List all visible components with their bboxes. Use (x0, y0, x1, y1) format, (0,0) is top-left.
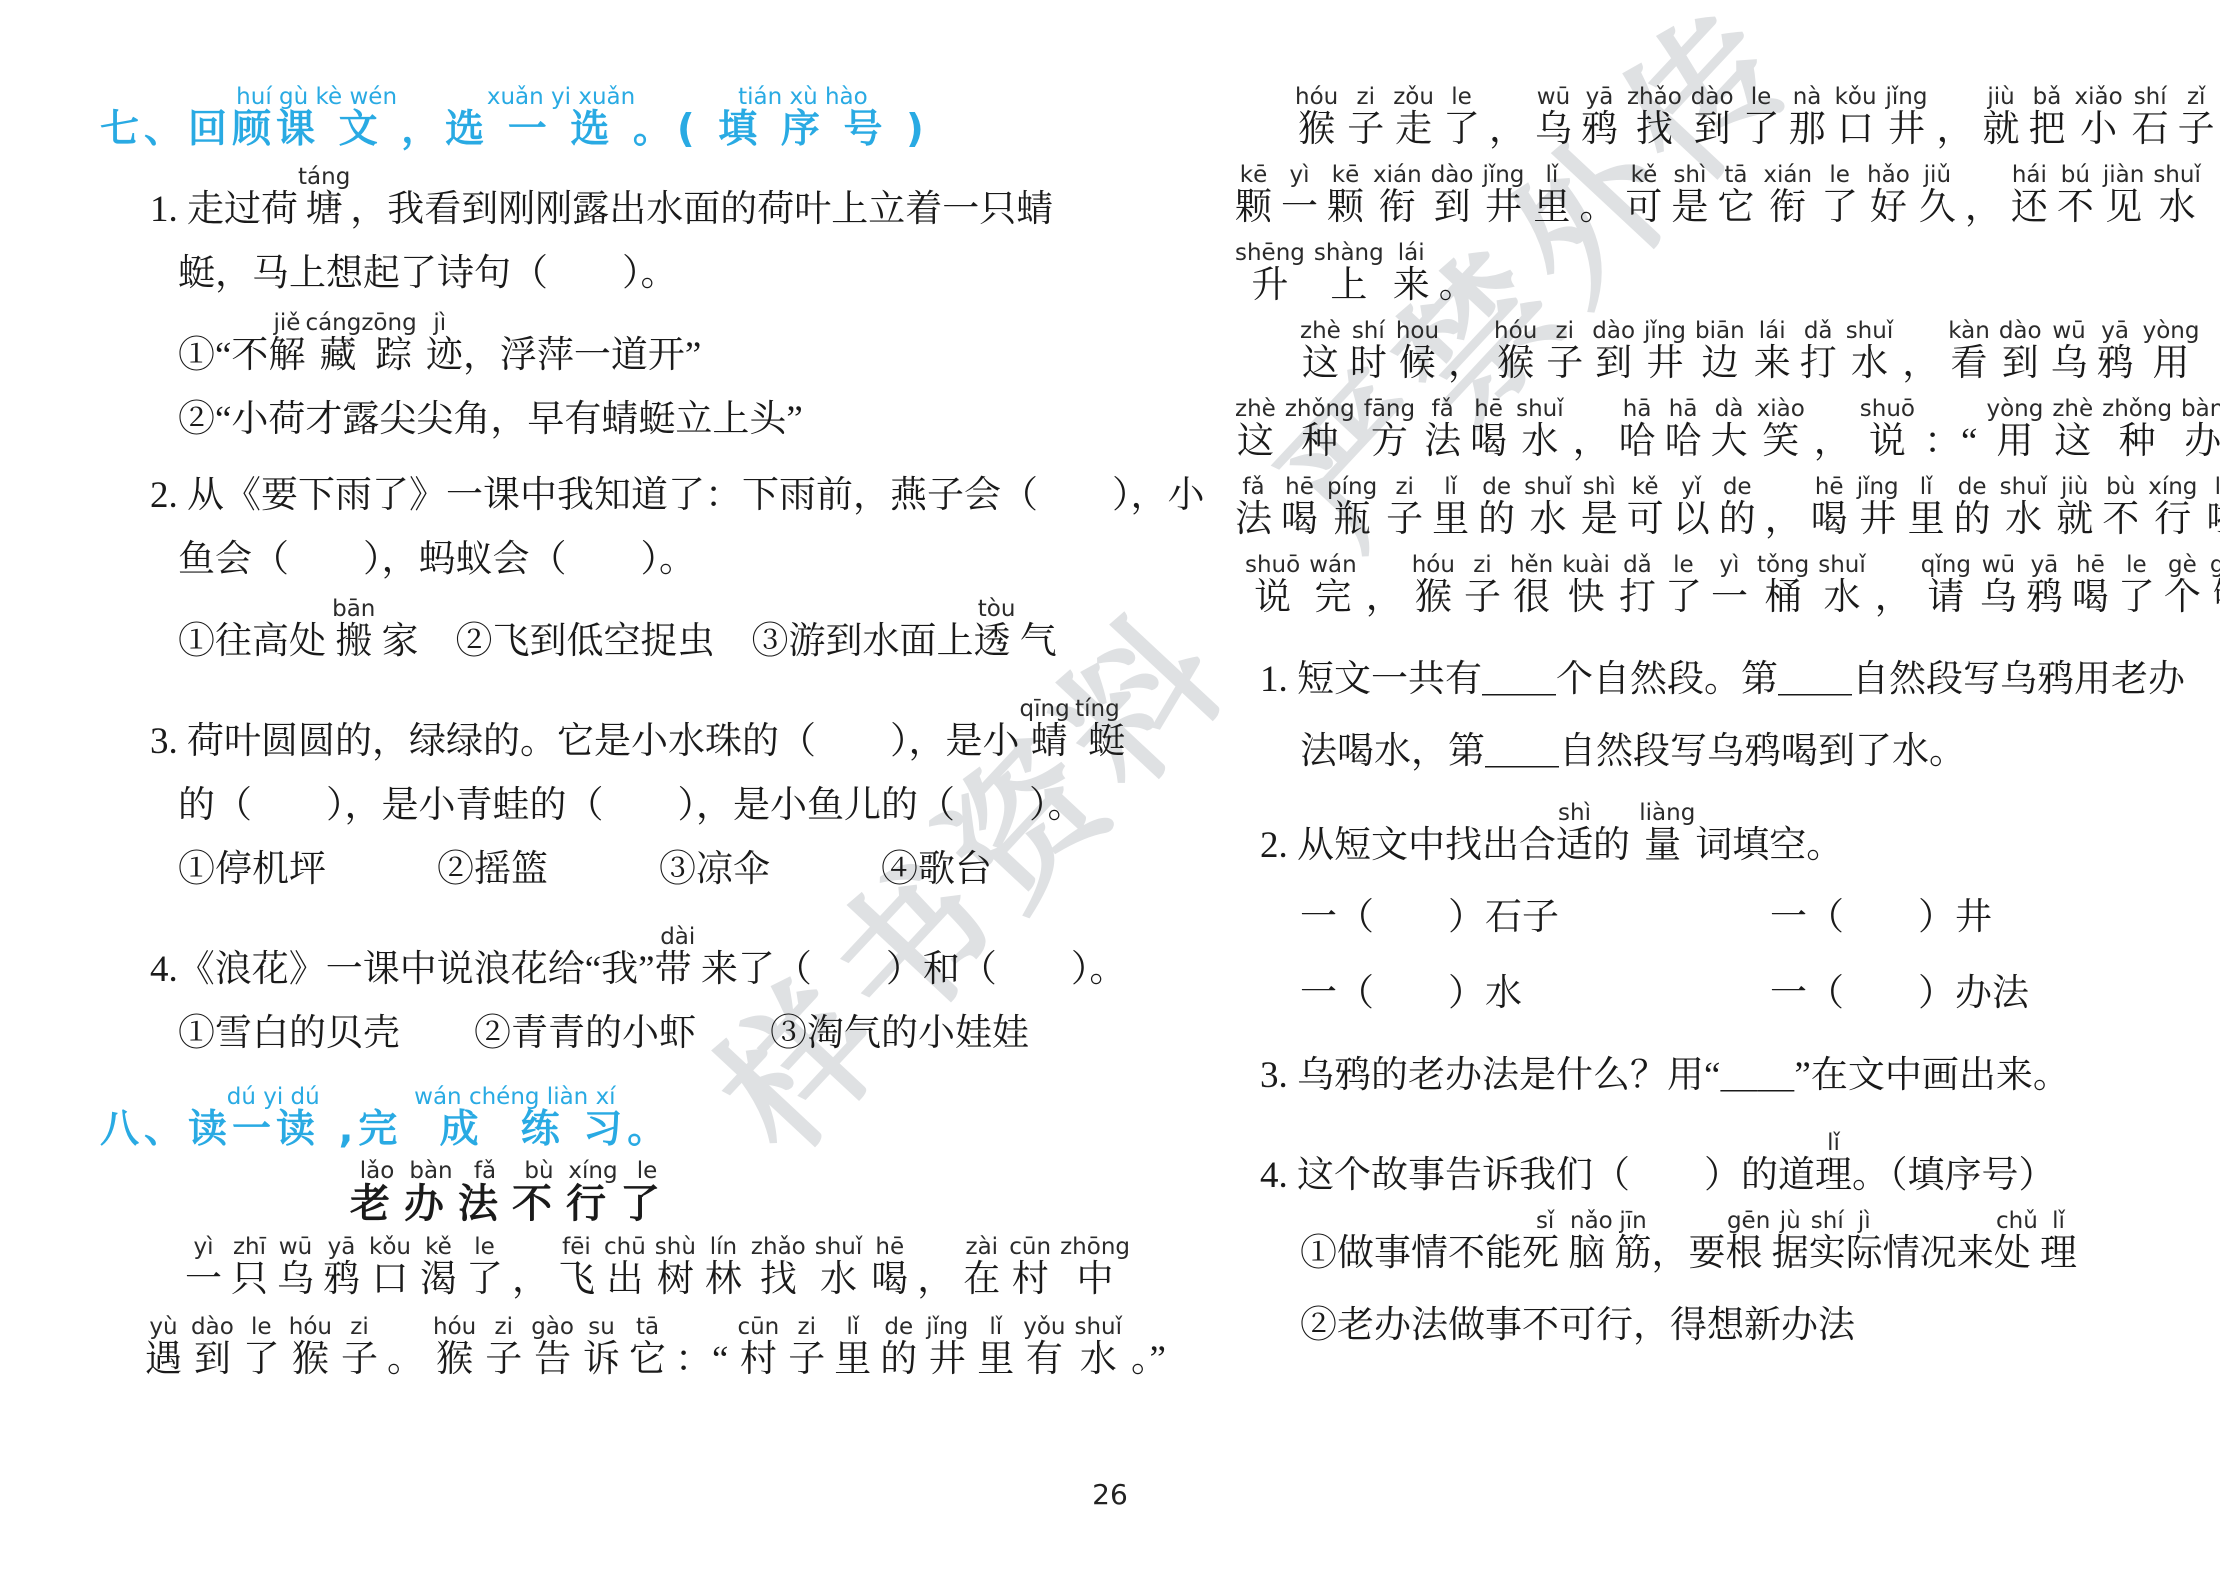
ruby-segment: hē喝 (871, 1235, 908, 1301)
hanzi-text: 快 (1568, 577, 1605, 619)
pinyin-annotation: shì (1583, 475, 1616, 499)
pinyin-annotation: yā (2101, 319, 2129, 343)
item3-line1: 3. 荷叶圆圆的，绿绿的。它是小水珠的（ ），是小qīng 蜻tíng 蜓 (100, 697, 1060, 763)
hanzi-text: 的 (1593, 825, 1639, 867)
text-segment: ，浮萍一道开” (463, 311, 701, 377)
ruby-segment: le了 (1443, 85, 1480, 151)
pinyin-annotation: de (884, 1315, 913, 1339)
ruby-segment: zi子 (1464, 553, 1501, 619)
hanzi-text: 一（ ）石子 (1300, 897, 1559, 939)
pinyin-annotation: hóu (433, 1315, 476, 1339)
pinyin-annotation (220, 311, 227, 335)
ruby-segment: shuō说 (1245, 553, 1300, 619)
pinyin-annotation: yā (328, 1235, 356, 1259)
hanzi-text: 回顾课 文 ， (188, 109, 445, 151)
ruby-segment: gòu够 (2210, 553, 2220, 619)
ruby-segment: cáng 藏 (305, 311, 361, 377)
hanzi-text: 找 (760, 1259, 797, 1301)
pinyin-annotation: dú yi dú (227, 1085, 320, 1109)
ruby-segment: hou候 (1396, 319, 1439, 385)
ruby-segment: dào到 (191, 1315, 234, 1381)
ruby-segment: yǐ以 (1673, 475, 1710, 541)
pinyin-annotation: yì (193, 1235, 213, 1259)
hanzi-text: 际 (1846, 1233, 1883, 1275)
pinyin-annotation: shuǐ (815, 1235, 863, 1259)
hanzi-text: 到 (1595, 343, 1632, 385)
ruby-segment: dài带 (655, 925, 701, 991)
hanzi-text: 水 (1823, 577, 1860, 619)
ruby-segment: le了 (1821, 163, 1858, 229)
hanzi-text: 一（ ）井 (1770, 897, 1992, 939)
pinyin-annotation (1780, 475, 1787, 499)
hanzi-text: 法 (458, 1183, 512, 1225)
hanzi-text: 到 (2002, 343, 2039, 385)
ruby-segment: dào到 (1592, 319, 1635, 385)
ruby-segment: zi子 (788, 1315, 825, 1381)
question4-option2: ②老办法做事不可行，得想新办法 (1220, 1305, 2160, 1347)
hanzi-text: 说 (1869, 421, 1906, 463)
pinyin-annotation: zài (966, 1235, 999, 1259)
ruby-segment: shì是 (1581, 475, 1618, 541)
ruby-segment: zhǒng种 (1285, 397, 1355, 463)
hanzi-text: 一（ ）水 (1300, 973, 1522, 1015)
pinyin-annotation (1407, 1209, 1414, 1233)
ruby-segment: zōng 踪 (361, 311, 416, 377)
hanzi-text: 子 (341, 1339, 378, 1381)
item4-line1: 4.《浪花》一课中说浪花给“我”dài带 来了（ ）和（ ）。 (100, 925, 1060, 991)
ruby-segment: yǒu有 (1023, 1315, 1065, 1381)
pinyin-annotation: zhè (1235, 397, 1276, 421)
ruby-segment: le了 (1743, 85, 1780, 151)
pinyin-annotation: bù (524, 1159, 553, 1183)
hanzi-text: ， (1573, 421, 1610, 463)
ruby-segment: fǎ法 (458, 1159, 512, 1225)
hanzi-text: ， (512, 1259, 549, 1301)
pinyin-annotation (1587, 397, 1594, 421)
ruby-segment: gè个 (2164, 553, 2201, 619)
hanzi-text: 据 (1772, 1233, 1809, 1275)
hanzi-text: 乌 (1980, 577, 2017, 619)
pinyin-annotation (579, 311, 586, 335)
hanzi-text: ， (1366, 577, 1403, 619)
ruby-segment: sǐ死 (1522, 1209, 1568, 1275)
pinyin-annotation (1404, 801, 1411, 825)
ruby-segment: hóu猴 (1412, 553, 1455, 619)
hanzi-text: 带 (655, 949, 701, 991)
pinyin-annotation (399, 925, 406, 949)
ruby-segment: hái还 (2011, 163, 2048, 229)
hanzi-text: 来 (1393, 265, 1430, 307)
hanzi-text: 老 (350, 1183, 404, 1225)
ruby-segment: zài在 (963, 1235, 1000, 1301)
ruby-segment: de的 (1719, 475, 1756, 541)
pinyin-annotation: yì (1289, 163, 1309, 187)
hanzi-text: 。” (1131, 1339, 1166, 1381)
pinyin-annotation: jì (433, 311, 446, 335)
hanzi-text: 乌 (277, 1259, 314, 1301)
text-segment: ，我看到刚刚露出水面的荷叶上立着一只蜻 (350, 165, 1053, 231)
pinyin-annotation: yā (1586, 85, 1614, 109)
hanzi-text: 鸦 (1581, 109, 1618, 151)
pinyin-annotation (527, 1235, 534, 1259)
hanzi-text: 喝 (1811, 499, 1848, 541)
ruby-segment: tián xù hào( 填 序 号 ) (677, 85, 929, 151)
hanzi-text: 办 (2184, 421, 2220, 463)
hanzi-text: 实 (1809, 1233, 1846, 1275)
hanzi-text: 子 (2178, 109, 2215, 151)
hanzi-text: 喝 (1281, 499, 1318, 541)
pinyin-annotation (1463, 319, 1470, 343)
pinyin-annotation: kàn (1948, 319, 1990, 343)
hanzi-text: 2. 从《要下雨了》一课中我知道了：下雨前，燕子会（ ），小 (150, 475, 1205, 517)
hanzi-text: 衔 (1379, 187, 1416, 229)
hanzi-text: 七、 (100, 109, 188, 151)
hanzi-text: 透 (974, 621, 1020, 663)
item1-option2: ②“小荷才露尖尖角，早有蜻蜓立上头” (100, 399, 1060, 441)
hanzi-text: 它 (1717, 187, 1754, 229)
hanzi-text: ， (917, 1259, 954, 1301)
hanzi-text: 子 (1464, 577, 1501, 619)
pinyin-annotation: huí gù kè wén (236, 85, 397, 109)
pinyin-annotation (1935, 1209, 1942, 1233)
hanzi-text: ， (1765, 499, 1802, 541)
ruby-segment: bú不 (2057, 163, 2094, 229)
pinyin-annotation (1612, 801, 1619, 825)
page-number: 26 (0, 1478, 2220, 1511)
ruby-segment: kǒu口 (1835, 85, 1877, 151)
pinyin-annotation: yǐ (1681, 475, 1701, 499)
pinyin-annotation: fāng (1364, 397, 1415, 421)
pinyin-annotation: xíng (568, 1159, 617, 1183)
pinyin-annotation: de (1482, 475, 1511, 499)
hanzi-text: 的 (1954, 499, 1991, 541)
pinyin-annotation: le (1673, 553, 1694, 577)
ruby-segment: shì适 (1556, 801, 1593, 867)
ruby-segment: lái来 (1393, 241, 1430, 307)
hanzi-text: 说 (1254, 577, 1291, 619)
text-segment: 的 (1593, 801, 1639, 867)
text-segment: 1. 短文一共有＿＿个自然段。第＿＿自然段写乌鸦用老办 (1260, 659, 2185, 701)
pinyin-annotation: zǒu (1393, 85, 1434, 109)
pinyin-annotation: wán (1309, 553, 1356, 577)
pinyin-annotation: kě (1631, 163, 1658, 187)
hanzi-text: 井 (1859, 499, 1896, 541)
ruby-segment: lǐ里 (834, 1315, 871, 1381)
hanzi-text: 2. 从短文中找出合 (1260, 825, 1556, 867)
ruby-segment: wū乌 (277, 1235, 314, 1301)
text-segment: ①往高处 (178, 597, 326, 663)
ruby-segment: shuǐ水 (1074, 1315, 1122, 1381)
ruby-segment: shuǐ水 (1524, 475, 1572, 541)
ruby-segment: yòng用 (2143, 319, 2200, 385)
hanzi-text: ①停机坪 ②摇篮 ③凉伞 ④歌台 (178, 849, 992, 891)
text-segment: ②“小荷才露尖尖角，早有蜻蜓立上头” (178, 399, 803, 441)
hanzi-text: 哈 (1665, 421, 1702, 463)
hanzi-text: 完 成 练 习。 (358, 1109, 671, 1151)
hanzi-text: 搬 (326, 621, 382, 663)
pinyin-annotation: lǐ (989, 1315, 1002, 1339)
hanzi-text: 鸦 (2026, 577, 2063, 619)
text-segment: ①“不 (178, 311, 268, 377)
ruby-segment: yì一 (185, 1235, 222, 1301)
pinyin-annotation: zhè (2052, 397, 2093, 421)
pinyin-annotation: jǐng (1482, 163, 1524, 187)
text-segment: 蜓，马上想起了诗句（ ）。 (178, 253, 678, 295)
hanzi-text: 水 (2159, 187, 2196, 229)
ruby-segment: le了 (466, 1235, 503, 1301)
pinyin-annotation (220, 165, 227, 189)
pinyin-annotation (1454, 241, 1461, 265)
hanzi-text: 用 (2153, 343, 2190, 385)
ruby-segment: zhè这 (1235, 397, 1276, 463)
pinyin-annotation: de (1958, 475, 1987, 499)
ruby-segment: yā鸦 (2097, 319, 2134, 385)
pinyin-annotation: shuǐ (2000, 475, 2048, 499)
ruby-segment: fēi飞 (558, 1235, 595, 1301)
pinyin-annotation: tǒng (1757, 553, 1809, 577)
text-segment: ， (1448, 319, 1485, 385)
ruby-segment: gēn根 (1726, 1209, 1772, 1275)
item1-line2: 蜓，马上想起了诗句（ ）。 (100, 253, 1060, 295)
hanzi-text: 3. 乌鸦的老办法是什么？用“＿＿”在文中画出来。 (1260, 1055, 2070, 1097)
hanzi-text: 种 (1301, 421, 1338, 463)
ruby-segment: su诉 (583, 1315, 620, 1381)
pinyin-annotation: xián (1763, 163, 1812, 187)
pinyin-annotation: le (474, 1235, 495, 1259)
hanzi-text: 口 (371, 1259, 408, 1301)
story-line2: yù遇dào到le了hóu猴zi子 。hóu猴zi子gào告su诉tā它 ：“c… (100, 1315, 1060, 1381)
hanzi-text: 踪 (366, 335, 412, 377)
ruby-segment: dǎ打 (1800, 319, 1837, 385)
hanzi-text: 大 (1711, 421, 1748, 463)
ruby-segment: jiàn见 (2103, 163, 2144, 229)
ruby-segment: zhè这 (1300, 319, 1341, 385)
hanzi-text: 鸦 (2097, 343, 2134, 385)
pinyin-annotation: zǐ (2187, 85, 2205, 109)
ruby-segment: shēng升 (1235, 241, 1305, 307)
hanzi-text: 石 (2132, 109, 2169, 151)
pinyin-annotation (1766, 801, 1773, 825)
hanzi-text: 死 (1522, 1233, 1568, 1275)
hanzi-text: 行 (2154, 499, 2191, 541)
hanzi-text: 不 (512, 1183, 566, 1225)
text-segment: 气 (1020, 597, 1057, 663)
hanzi-text: 蜓，马上想起了诗句（ ）。 (178, 253, 678, 295)
pinyin-annotation: bàn (409, 1159, 452, 1183)
ruby-segment: xiǎo小 (2075, 85, 2123, 151)
pinyin-annotation: kē (1332, 163, 1359, 187)
hanzi-text: 瓶 (1334, 499, 1371, 541)
hanzi-text: 了 (2118, 577, 2155, 619)
hanzi-text: 的 (1478, 499, 1515, 541)
pinyin-annotation: gào (531, 1315, 574, 1339)
pinyin-annotation (581, 697, 588, 721)
hanzi-text: 渴 (420, 1259, 457, 1301)
hanzi-text: ，我看到刚刚露出水面的荷叶上立着一只蜻 (350, 189, 1053, 231)
hanzi-text: 子 (1347, 109, 1384, 151)
hanzi-text: 走 (1395, 109, 1432, 151)
pinyin-annotation: zōng (361, 311, 416, 335)
ruby-segment: xíng行 (2148, 475, 2197, 541)
ruby-segment: lǐ里 (1908, 475, 1945, 541)
pinyin-annotation (1534, 1131, 1541, 1155)
pinyin-annotation: dào (1592, 319, 1635, 343)
hanzi-text: 方 (1371, 421, 1408, 463)
text-segment: 2. 从《要下雨了》一课中我知道了：下雨前，燕子会（ ），小 (150, 475, 1205, 517)
hanzi-text: 来 (1754, 343, 1791, 385)
hanzi-text: ， (1937, 109, 1974, 151)
text-segment: ， (1366, 553, 1403, 619)
pinyin-annotation: liàng (1639, 801, 1695, 825)
hanzi-text: 猴 (436, 1339, 473, 1381)
ruby-segment: kě可 (1625, 163, 1662, 229)
pinyin-annotation: hóu (289, 1315, 332, 1339)
pinyin-annotation: le (1451, 85, 1472, 109)
hanzi-text: 候 (1399, 343, 1436, 385)
right-column: hóu猴zi子zǒu走le了 ，wū乌yā鸦zhǎo找dào到le了nà那kǒu… (1220, 85, 2160, 1347)
pinyin-annotation: shù (655, 1235, 696, 1259)
pinyin-annotation: xián (1373, 163, 1422, 187)
ruby-segment: jì际 (1846, 1209, 1883, 1275)
story-line5: shēng升shàng上lái来 。 (1220, 241, 2160, 307)
ruby-segment: le了 (620, 1159, 674, 1225)
hanzi-text: 1. 走过荷 (150, 189, 298, 231)
pinyin-annotation: hou (1396, 319, 1439, 343)
pinyin-annotation: shuǐ (1524, 475, 1572, 499)
ruby-segment: hóu猴 (433, 1315, 476, 1381)
hanzi-text: ， (1489, 109, 1526, 151)
hanzi-text: 八、 (100, 1109, 188, 1151)
ruby-segment: hē喝 (1470, 397, 1507, 463)
ruby-segment: dà大 (1711, 397, 1748, 463)
text-segment: 家 ②飞到低空捉虫 ③游到水面上 (382, 597, 974, 663)
hanzi-text: ， (1965, 187, 2002, 229)
hanzi-text: 村 (740, 1339, 777, 1381)
ruby-segment: yù遇 (145, 1315, 182, 1381)
hanzi-text: 4. 这个故事告诉我们（ ）的道 (1260, 1155, 1815, 1197)
pinyin-annotation: zi (1473, 553, 1491, 577)
pinyin-annotation: táng (298, 165, 350, 189)
pinyin-annotation: qǐng (1921, 553, 1971, 577)
hanzi-text: 蜻 (1021, 721, 1067, 763)
hanzi-text: ：“ (1924, 421, 1977, 463)
pinyin-annotation: gòu (2210, 553, 2220, 577)
pinyin-annotation: hǎo (1867, 163, 1910, 187)
pinyin-annotation: zi (798, 1315, 816, 1339)
ruby-segment: dú yi dú读一读 , (188, 1085, 358, 1151)
ruby-segment: shí石 (2132, 85, 2169, 151)
hanzi-text: ①做事情不能 (1300, 1233, 1522, 1275)
text-segment: ， (1965, 163, 2002, 229)
ruby-segment: lǎo老 (350, 1159, 404, 1225)
hanzi-text: 个 (2164, 577, 2201, 619)
hanzi-text: ②老办法做事不可行，得想新办法 (1300, 1305, 1855, 1347)
ruby-segment: cūn村 (737, 1315, 779, 1381)
pinyin-annotation: kē (1240, 163, 1267, 187)
hanzi-text: 选 一 选 。 (445, 109, 677, 151)
hanzi-text: 了 (1443, 109, 1480, 151)
story-line7: zhè这zhǒng种fāng方fǎ法hē喝shuǐ水 ，hā哈hā哈dà大xià… (1220, 397, 2160, 463)
pinyin-annotation (1381, 553, 1388, 577)
pinyin-annotation: jǐng (1857, 475, 1899, 499)
ruby-segment: shuǐ水 (1818, 553, 1866, 619)
pinyin-annotation: biān (1695, 319, 1745, 343)
ruby-segment: jì 迹 (417, 311, 463, 377)
hanzi-text: 这 (2054, 421, 2091, 463)
hanzi-text: 在 (963, 1259, 1000, 1301)
ruby-segment: wū乌 (1535, 85, 1572, 151)
pinyin-annotation (1980, 163, 1987, 187)
hanzi-text: 啦 (2206, 499, 2220, 541)
pinyin-annotation: tā (636, 1315, 659, 1339)
pinyin-annotation: shuǐ (1074, 1315, 1122, 1339)
hanzi-text: 理 (1815, 1155, 1852, 1197)
text-segment: 。” (1131, 1315, 1166, 1381)
pinyin-annotation: lái (1759, 319, 1786, 343)
pinyin-annotation: kě (1632, 475, 1659, 499)
hanzi-text: 用 (1996, 421, 2033, 463)
pinyin-annotation: jǐng (926, 1315, 968, 1339)
ruby-segment: bù不 (2102, 475, 2139, 541)
pinyin-annotation (910, 925, 917, 949)
pinyin-annotation: xiào (1757, 397, 1805, 421)
pinyin-annotation: lín (710, 1235, 737, 1259)
ruby-segment: de的 (1954, 475, 1991, 541)
pinyin-annotation: sǐ (1536, 1209, 1554, 1233)
hanzi-text: 4.《浪花》一课中说浪花给“我” (150, 949, 655, 991)
ruby-segment: kàn看 (1948, 319, 1990, 385)
text-segment: 一（ ）井 (1770, 897, 1992, 939)
pinyin-annotation (1950, 1131, 1957, 1155)
ruby-segment: zhī只 (231, 1235, 268, 1301)
pinyin-annotation: hē (2076, 553, 2105, 577)
ruby-segment: de的 (880, 1315, 917, 1381)
ruby-segment: qīng 蜻 (1020, 697, 1070, 763)
hanzi-text: 词填空。 (1695, 825, 1843, 867)
ruby-segment: yā鸦 (1581, 85, 1618, 151)
ruby-segment: lǐ理 (1815, 1131, 1852, 1197)
text-segment: ， (1814, 397, 1851, 463)
ruby-segment: wán chéng liàn xí完 成 练 习。 (358, 1085, 671, 1151)
text-segment: 情况来 (1883, 1209, 1994, 1275)
ruby-segment: zi子 (1546, 319, 1583, 385)
ruby-segment: kuài快 (1562, 553, 1610, 619)
section7-heading: 七、huí gù kè wén回顾课 文 ，xuǎn yi xuǎn选 一 选 … (100, 85, 1060, 151)
text-segment: ， (1902, 319, 1939, 385)
pinyin-annotation (1947, 397, 1954, 421)
pinyin-annotation: jǐng (1644, 319, 1686, 343)
pinyin-annotation: chū (604, 1235, 646, 1259)
pinyin-annotation: gēn (1727, 1209, 1770, 1233)
hanzi-text: 口 (1837, 109, 1874, 151)
hanzi-text: 塘 (306, 189, 343, 231)
hanzi-text: 子 (1546, 343, 1583, 385)
worksheet-page: 样书资料 严禁外传 七、huí gù kè wén回顾课 文 ，xuǎn yi … (0, 0, 2220, 1571)
hanzi-text: 时 (1350, 343, 1387, 385)
pinyin-annotation: kuài (1562, 553, 1610, 577)
pinyin-annotation: kǒu (369, 1235, 411, 1259)
hanzi-text: 到 (1434, 187, 1471, 229)
pinyin-annotation: yǒu (1023, 1315, 1065, 1339)
section8-heading: 八、dú yi dú读一读 ,wán chéng liàn xí完 成 练 习。 (100, 1085, 1060, 1151)
ruby-segment: xián衔 (1763, 163, 1812, 229)
pinyin-annotation: nà (1793, 85, 1822, 109)
hanzi-text: 好 (1870, 187, 1907, 229)
hanzi-text: 解 (268, 335, 305, 377)
ruby-segment: shuǐ水 (1846, 319, 1894, 385)
hanzi-text: 告 (534, 1339, 571, 1381)
hanzi-text: 法 (1235, 499, 1272, 541)
